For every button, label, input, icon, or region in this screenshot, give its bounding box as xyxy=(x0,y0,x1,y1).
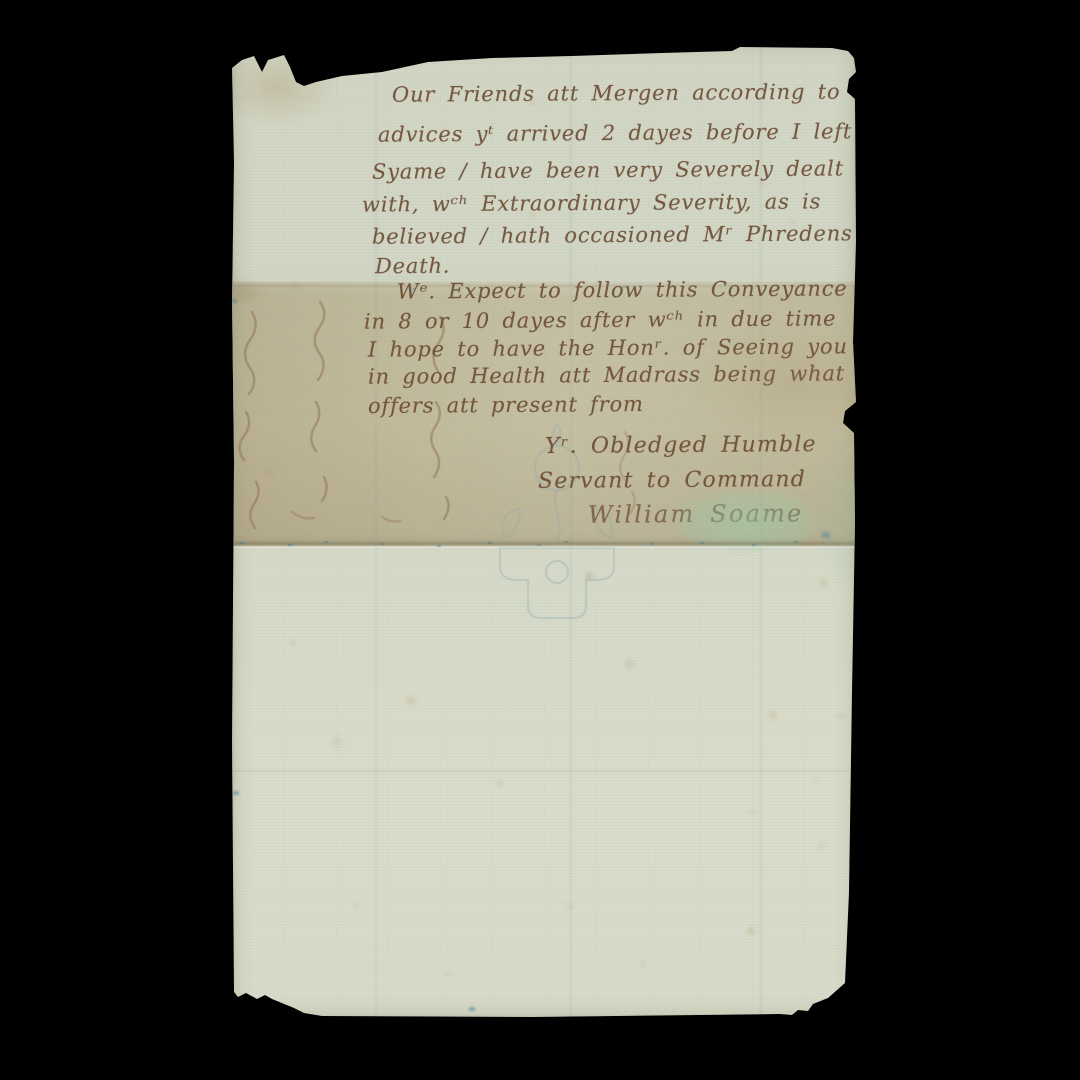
foxing-spots xyxy=(232,42,234,44)
letter-line: offers att present from xyxy=(368,392,644,418)
fold-crease-highlight xyxy=(232,546,856,548)
letter-line: Syame / have been very Severely dealt — xyxy=(372,156,878,184)
photo-background: Our Friends att Mergen according to the … xyxy=(0,0,1080,1080)
valediction-line: Yʳ. Obledged Humble xyxy=(545,432,817,459)
letter-line: with, wᶜʰ Extraordinary Severity, as is xyxy=(362,189,821,216)
signature-stain xyxy=(670,488,826,550)
letter-line: in 8 or 10 dayes after wᶜʰ in due time xyxy=(364,306,836,333)
lower-fold-crease xyxy=(232,770,856,772)
fold-crease xyxy=(232,542,856,545)
letter-line: in good Health att Madrass being what xyxy=(368,361,845,388)
letter-line: Our Friends att Mergen according to the xyxy=(392,79,890,106)
letter-line: Wᵉ. Expect to follow this Conveyance xyxy=(397,276,848,303)
letter-page: Our Friends att Mergen according to the … xyxy=(232,42,856,1018)
letter-line: advices yᵗ arrived 2 dayes before I left xyxy=(378,119,852,146)
letter-line: I hope to have the Honʳ. of Seeing you xyxy=(368,334,848,361)
letter-line: believed / hath occasioned Mʳ Phredens xyxy=(372,221,853,248)
teal-ink-marks xyxy=(232,42,236,44)
letter-line: Death. xyxy=(375,254,450,279)
